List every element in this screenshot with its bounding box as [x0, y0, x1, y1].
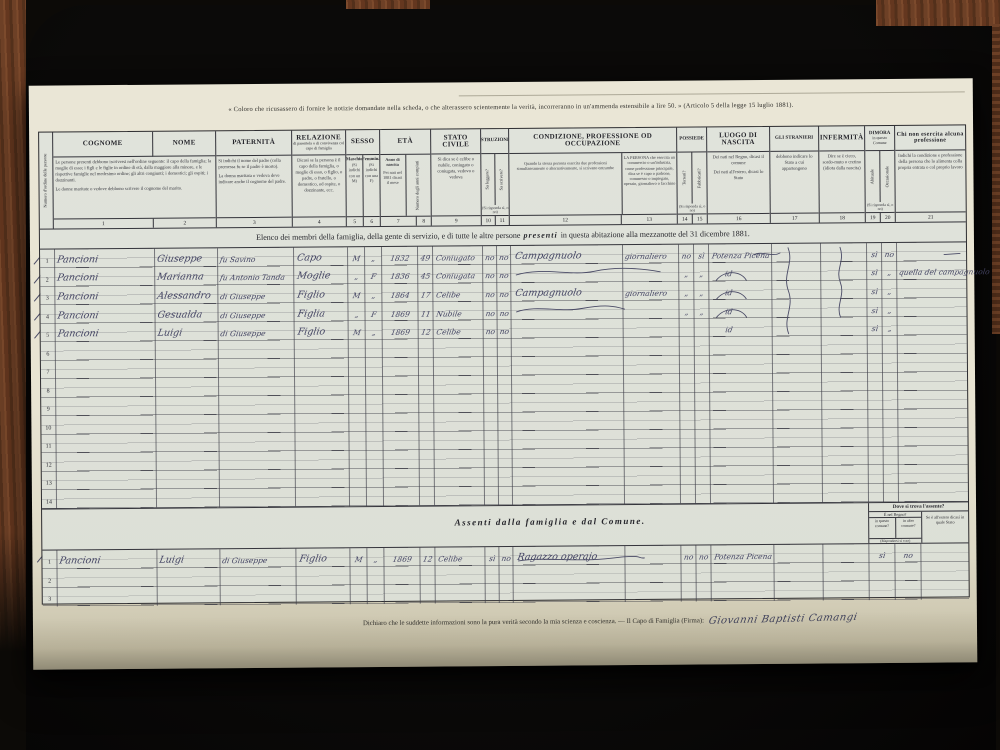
cell-anno-nascita: 1869: [382, 328, 420, 337]
col-number: 16: [708, 214, 770, 223]
wood-table-edge-left: [0, 0, 26, 662]
col-header-condizione: CONDIZIONE, PROFESSIONE OD OCCUPAZIONE Q…: [509, 128, 678, 225]
col-title-condizione: CONDIZIONE, PROFESSIONE OD OCCUPAZIONE: [509, 128, 676, 154]
ditto-squiggle: [514, 266, 664, 279]
census-sheet: « Coloro che ricusassero di fornire le n…: [29, 78, 978, 669]
row-number: 3: [43, 597, 57, 603]
sub-note: (Si risponda sì, o no): [866, 202, 895, 212]
sub-note: (Si indichi con un M): [346, 161, 362, 184]
sub-label-terreni: Terreni?: [682, 171, 687, 186]
cell-relazione: Figlio: [297, 326, 326, 337]
sub-label-anni-compiuti: Numero degli anni compiuti: [416, 160, 421, 210]
cell-anni: 49: [417, 254, 434, 263]
present-title-post: in questa abitazione alla mezzanotte del…: [561, 229, 750, 239]
cell-sesso-m: M: [349, 555, 368, 564]
col-number: 5: [347, 217, 364, 226]
col-number: 13: [622, 215, 677, 224]
col-desc: Dei nati all'estero, dicasi lo Stato: [709, 169, 767, 181]
row-number: 6: [41, 352, 55, 358]
cell-dimora-occasionale: „: [882, 306, 899, 315]
ditto-arc: [714, 305, 748, 319]
cell-cognome: Pancioni: [56, 254, 99, 265]
cell-terreni: „: [679, 307, 696, 316]
present-title-pre: Elenco dei membri della famiglia, della …: [256, 231, 520, 242]
col-header-paternita: PATERNITÀ Si indichi il nome del padre (…: [216, 131, 293, 228]
col-desc: Le persone presenti debbono iscriversi n…: [55, 158, 213, 183]
absent-section-header: Assenti dalla famiglia e dal Comune. Dov…: [42, 502, 968, 550]
sub-label-abituale: Abituale: [870, 169, 875, 184]
col-subtitle: di parentela o di convivenza col capo di…: [293, 142, 344, 151]
cell-cognome: Pancioni: [57, 328, 100, 339]
cell-sesso-f: „: [366, 555, 385, 564]
col-title-infermita: INFERMITÀ: [819, 126, 864, 151]
cell-sesso-m: „: [348, 310, 367, 319]
cell-luogo-nascita: id: [725, 325, 734, 334]
cell-paternita: di Giuseppe: [220, 311, 267, 320]
sub-desc-13: LA PERSONA che esercita un commercio o u…: [622, 154, 676, 188]
ditto-arc: [714, 287, 748, 301]
wood-table-edge-top-right: [876, 0, 1000, 26]
col-header-eta: ETÀ Anno di nascitaPei nati nel 1881 dic…: [380, 130, 432, 226]
row-number: 7: [41, 370, 55, 376]
col-title-chi-non-esercita: Chi non esercita alcuna professione: [895, 125, 965, 151]
cell-dimora-occasionale: no: [881, 250, 898, 259]
ink-dash: [942, 250, 962, 258]
cell-paternita: fu Antonio Tanda: [219, 273, 285, 283]
cell-anni: 17: [417, 291, 434, 300]
col-desc: Le donne maritate o vedove debbono scriv…: [56, 185, 214, 192]
col-desc: Dicasi se la persona è il capo della fam…: [292, 155, 345, 216]
cell-cognome: Pancioni: [57, 310, 100, 321]
col-number: 18: [820, 213, 865, 222]
col-number: 12: [510, 215, 622, 225]
cell-fabbricati: „: [694, 307, 711, 316]
col-number: 17: [771, 214, 819, 223]
cell-sa-scrivere: no: [498, 554, 514, 563]
present-title-emphasis: presenti: [523, 231, 557, 240]
cell-sa-scrivere: no: [497, 327, 513, 336]
cell-dimora-abituale: sì: [866, 250, 883, 259]
cell-cognome: Pancioni: [58, 555, 101, 566]
cell-stato-civile: Celibe: [437, 554, 463, 563]
paper-edge-line: [459, 91, 965, 96]
col-desc: Si dica se è celibe o nubile, coniugato …: [431, 154, 480, 215]
col-header-sesso: SESSO Maschio(Si indichi con un M) Femmi…: [346, 130, 381, 226]
absent-section-title: Assenti dalla famiglia e dal Comune.: [192, 514, 908, 530]
row-number: 10: [41, 426, 55, 432]
sub-note: (Si risponda sì, o no): [482, 205, 509, 215]
census-table: Numero d'ordine delle persone COGNOME NO…: [38, 124, 970, 604]
cell-sesso-f: „: [364, 254, 383, 263]
col-header-infermita: INFERMITÀ Dire se è cieco, sordo-muto o …: [819, 126, 866, 222]
absent-rows: 1 2 3 Pancioni Luigi di Giuseppe Figlio …: [42, 543, 968, 606]
sub-label-sa-leggere: Sa leggere?: [485, 169, 490, 189]
col-number: 21: [896, 212, 966, 222]
present-rows: 1 2 3 4 5 6 7 8 9 10 11 12 13 14 Pancion…: [40, 242, 968, 509]
signature: Giovanni Baptisti Camangi: [708, 612, 859, 627]
cell-sesso-f: F: [365, 310, 384, 319]
col-title-nome: NOME: [153, 131, 215, 156]
col-subtitle: in questo Comune: [866, 136, 893, 145]
cell-dove-altro-comune: no: [894, 551, 922, 560]
ink-flourish-brace: [780, 246, 797, 336]
cell-anni: 12: [419, 555, 436, 564]
cell-sa-scrivere: no: [497, 309, 513, 318]
cell-sesso-m: M: [347, 291, 366, 300]
ditto-squiggle: [514, 303, 626, 316]
row-number: 13: [42, 481, 56, 487]
row-number: 8: [41, 389, 55, 395]
cell-terreni: „: [678, 269, 695, 278]
row-number: 2: [43, 579, 57, 585]
cell-paternita: di Giuseppe: [219, 292, 266, 301]
cell-anni: 45: [417, 272, 434, 281]
sub-label-fabbricati: Fabbricati?: [697, 168, 702, 188]
cell-fabbricati: „: [693, 269, 710, 278]
cell-sesso-f: F: [364, 272, 383, 281]
cell-terreni: „: [678, 288, 695, 297]
cell-paternita: di Giuseppe: [221, 556, 268, 565]
cell-fabbricati: sì: [693, 251, 710, 260]
cell-luogo-nascita: Potenza Picena: [713, 552, 772, 561]
col-number: 1: [54, 219, 154, 229]
col-desc: debbono indicare lo Stato a cui apparten…: [770, 152, 818, 213]
cell-nome: Gesualda: [157, 309, 204, 320]
cell-anno-nascita: 1832: [381, 254, 419, 263]
col-title-istruzione: ISTRUZIONE: [481, 129, 508, 154]
col-number: 15: [693, 214, 707, 223]
col-header-cognome-nome: COGNOME NOME Le persone presenti debbono…: [53, 131, 217, 228]
ink-flourish-tail: [752, 249, 782, 259]
cell-stato-civile: Celibe: [436, 327, 462, 336]
col-title-stranieri: GLI STRANIERI: [770, 127, 818, 152]
cell-terreni: no: [678, 251, 695, 260]
cell-nome: Giuseppe: [156, 253, 203, 264]
col-desc: Dire se è cieco, sordo-muto o cretino (i…: [819, 151, 864, 212]
sub-note: (Si risponda sì, o no): [678, 203, 707, 213]
cell-anni: 11: [418, 310, 435, 319]
col-number: 9: [432, 216, 481, 225]
cell-relazione: Capo: [296, 252, 323, 263]
cell-nome: Alessandro: [156, 290, 211, 301]
cell-stato-civile: Coniugata: [435, 271, 476, 280]
declaration: Dichiaro che le suddette informazioni so…: [363, 613, 857, 628]
sub-label-sa-scrivere: Sa scrivere?: [499, 169, 504, 190]
ditto-arc: [714, 268, 748, 282]
cell-relazione: Moglie: [296, 270, 331, 281]
cell-fabbricati: „: [693, 288, 710, 297]
cell-cognome: Pancioni: [56, 272, 99, 283]
cell-anno-nascita: 1869: [382, 310, 420, 319]
cell-dimora-abituale: sì: [866, 268, 883, 277]
row-number: 14: [42, 500, 56, 506]
cell-relazione: Figlia: [297, 308, 326, 319]
col-header-possiede: POSSIEDE Terreni? Fabbricati? (Si rispon…: [677, 127, 708, 223]
col-number: 20: [881, 213, 895, 222]
col-title-eta: ETÀ: [380, 130, 430, 155]
cell-dimora-abituale: sì: [866, 287, 883, 296]
cell-stato-civile: Nubile: [436, 309, 463, 318]
col-header-numero-ordine: Numero d'ordine delle persone: [39, 133, 54, 229]
cell-stato-civile: Coniugato: [435, 253, 476, 262]
col-header-stato-civile: STATO CIVILE Si dica se è celibe o nubil…: [431, 129, 482, 225]
cell-dimora-occasionale: „: [881, 268, 898, 277]
row-number: 12: [42, 463, 56, 469]
col-title-paternita: PATERNITÀ: [216, 131, 291, 157]
col-desc: La donna maritata o vedova deve indicare…: [218, 173, 289, 185]
col-number: 4: [293, 217, 346, 226]
col-header-luogo-nascita: LUOGO DI NASCITA Dei nati nel Regno, dic…: [707, 127, 771, 223]
col-number: 2: [154, 218, 216, 227]
cell-anni: 12: [418, 328, 435, 337]
dove-estero-label: Se è all'estero dicasi in quale Stato: [922, 511, 968, 542]
cell-dimora-abituale: sì: [867, 324, 884, 333]
col-title-stato-civile: STATO CIVILE: [431, 129, 480, 154]
col-header-dimora: DIMORAin questo Comune Abituale Occasion…: [865, 126, 896, 222]
cell-relazione: Figlio: [298, 553, 327, 564]
col-header-stranieri: GLI STRANIERI debbono indicare lo Stato …: [770, 127, 820, 223]
cell-dimora-occasionale: „: [881, 287, 898, 296]
cell-sesso-m: „: [347, 272, 366, 281]
cell-dimora-abituale: sì: [867, 306, 884, 315]
col-number: 7: [381, 217, 417, 226]
col-header-istruzione: ISTRUZIONE Sa leggere? Sa scrivere? (Si …: [481, 129, 510, 225]
col-title-cognome: COGNOME: [53, 132, 153, 158]
col-number: 3: [217, 218, 292, 228]
cell-chi-alimenta: quella del campagnuolo: [898, 267, 990, 277]
cell-stato-civile: Celibe: [435, 290, 461, 299]
cell-sa-scrivere: no: [496, 290, 512, 299]
row-number: 9: [41, 407, 55, 413]
cell-sesso-f: „: [365, 328, 384, 337]
col-number: 11: [496, 216, 509, 225]
col-title-sesso: SESSO: [346, 130, 379, 155]
cell-sa-scrivere: no: [496, 253, 512, 262]
cell-fabbricati: no: [695, 552, 712, 561]
table-header: Numero d'ordine delle persone COGNOME NO…: [39, 125, 966, 229]
cell-condizione: Campagnuolo: [514, 250, 582, 262]
cell-cognome: Pancioni: [56, 291, 99, 302]
cell-paternita: fu Savino: [219, 255, 256, 264]
col-desc: Indichi la condizione e professione dell…: [895, 150, 965, 212]
cell-paternita: di Giuseppe: [220, 329, 267, 338]
col-number: 8: [417, 217, 431, 226]
cell-sesso-m: M: [347, 254, 366, 263]
cell-condizione-2: giornaliero: [624, 252, 667, 261]
cell-condizione-2: giornaliero: [624, 289, 667, 298]
col-title-possiede: POSSIEDE: [677, 127, 706, 152]
col-number: 14: [678, 215, 693, 224]
sub-note: (Si indichi con una F): [363, 161, 379, 184]
sub-note: Pei nati nel 1881 dicasi il mese: [380, 168, 405, 186]
sub-label-anno-nascita: Anno di nascita: [380, 156, 405, 169]
absent-location-box: Dove si trova l'assente? È nel Regno? in…: [868, 502, 968, 543]
cell-dove-questo-comune: sì: [868, 551, 896, 560]
col-number: 19: [866, 213, 881, 222]
strikethrough-squiggle: [516, 555, 646, 564]
cell-terreni: no: [680, 552, 697, 561]
row-number: 11: [42, 444, 56, 450]
col-header-relazione: RELAZIONEdi parentela o di convivenza co…: [292, 130, 347, 226]
sub-desc-12: Quando la stessa persona esercita due pr…: [509, 154, 621, 177]
dove-questo-comune-label: in questo comune?: [869, 518, 896, 538]
col-number: 10: [482, 216, 496, 225]
dove-note: (Rispondersi sì o no): [869, 538, 921, 543]
dove-altro-comune-label: in altro comune?: [896, 518, 922, 538]
cell-nome: Luigi: [157, 328, 183, 339]
declaration-text: Dichiaro che le suddette informazioni so…: [363, 617, 704, 627]
cell-anno-nascita: 1836: [381, 272, 419, 281]
wood-table-edge-top: [346, 0, 430, 9]
col-desc: Dei nati nel Regno, dicasi il comune: [709, 154, 767, 166]
cell-dimora-occasionale: „: [882, 324, 899, 333]
cell-sesso-f: „: [364, 291, 383, 300]
sub-label-occasionale: Occasionale: [885, 166, 890, 188]
cell-nome: Luigi: [158, 555, 184, 566]
ink-flourish-brace: [833, 245, 848, 319]
cell-anno-nascita: 1869: [383, 555, 421, 564]
cell-anno-nascita: 1864: [381, 291, 419, 300]
cell-sesso-m: M: [348, 328, 367, 337]
cell-sa-scrivere: no: [496, 271, 512, 280]
col-desc: Si indichi il nome del padre (colla prem…: [218, 158, 289, 170]
col-number: 6: [364, 217, 380, 226]
cell-nome: Marianna: [156, 271, 204, 282]
wood-table-edge-right: [992, 24, 1000, 334]
col-title-luogo-nascita: LUOGO DI NASCITA: [707, 127, 769, 152]
legal-notice: « Coloro che ricusassero di fornire le n…: [69, 100, 953, 114]
cell-condizione: Campagnuolo: [514, 287, 582, 299]
col-header-chi-non-esercita: Chi non esercita alcuna professione Indi…: [895, 125, 966, 222]
cell-relazione: Figlio: [296, 289, 325, 300]
